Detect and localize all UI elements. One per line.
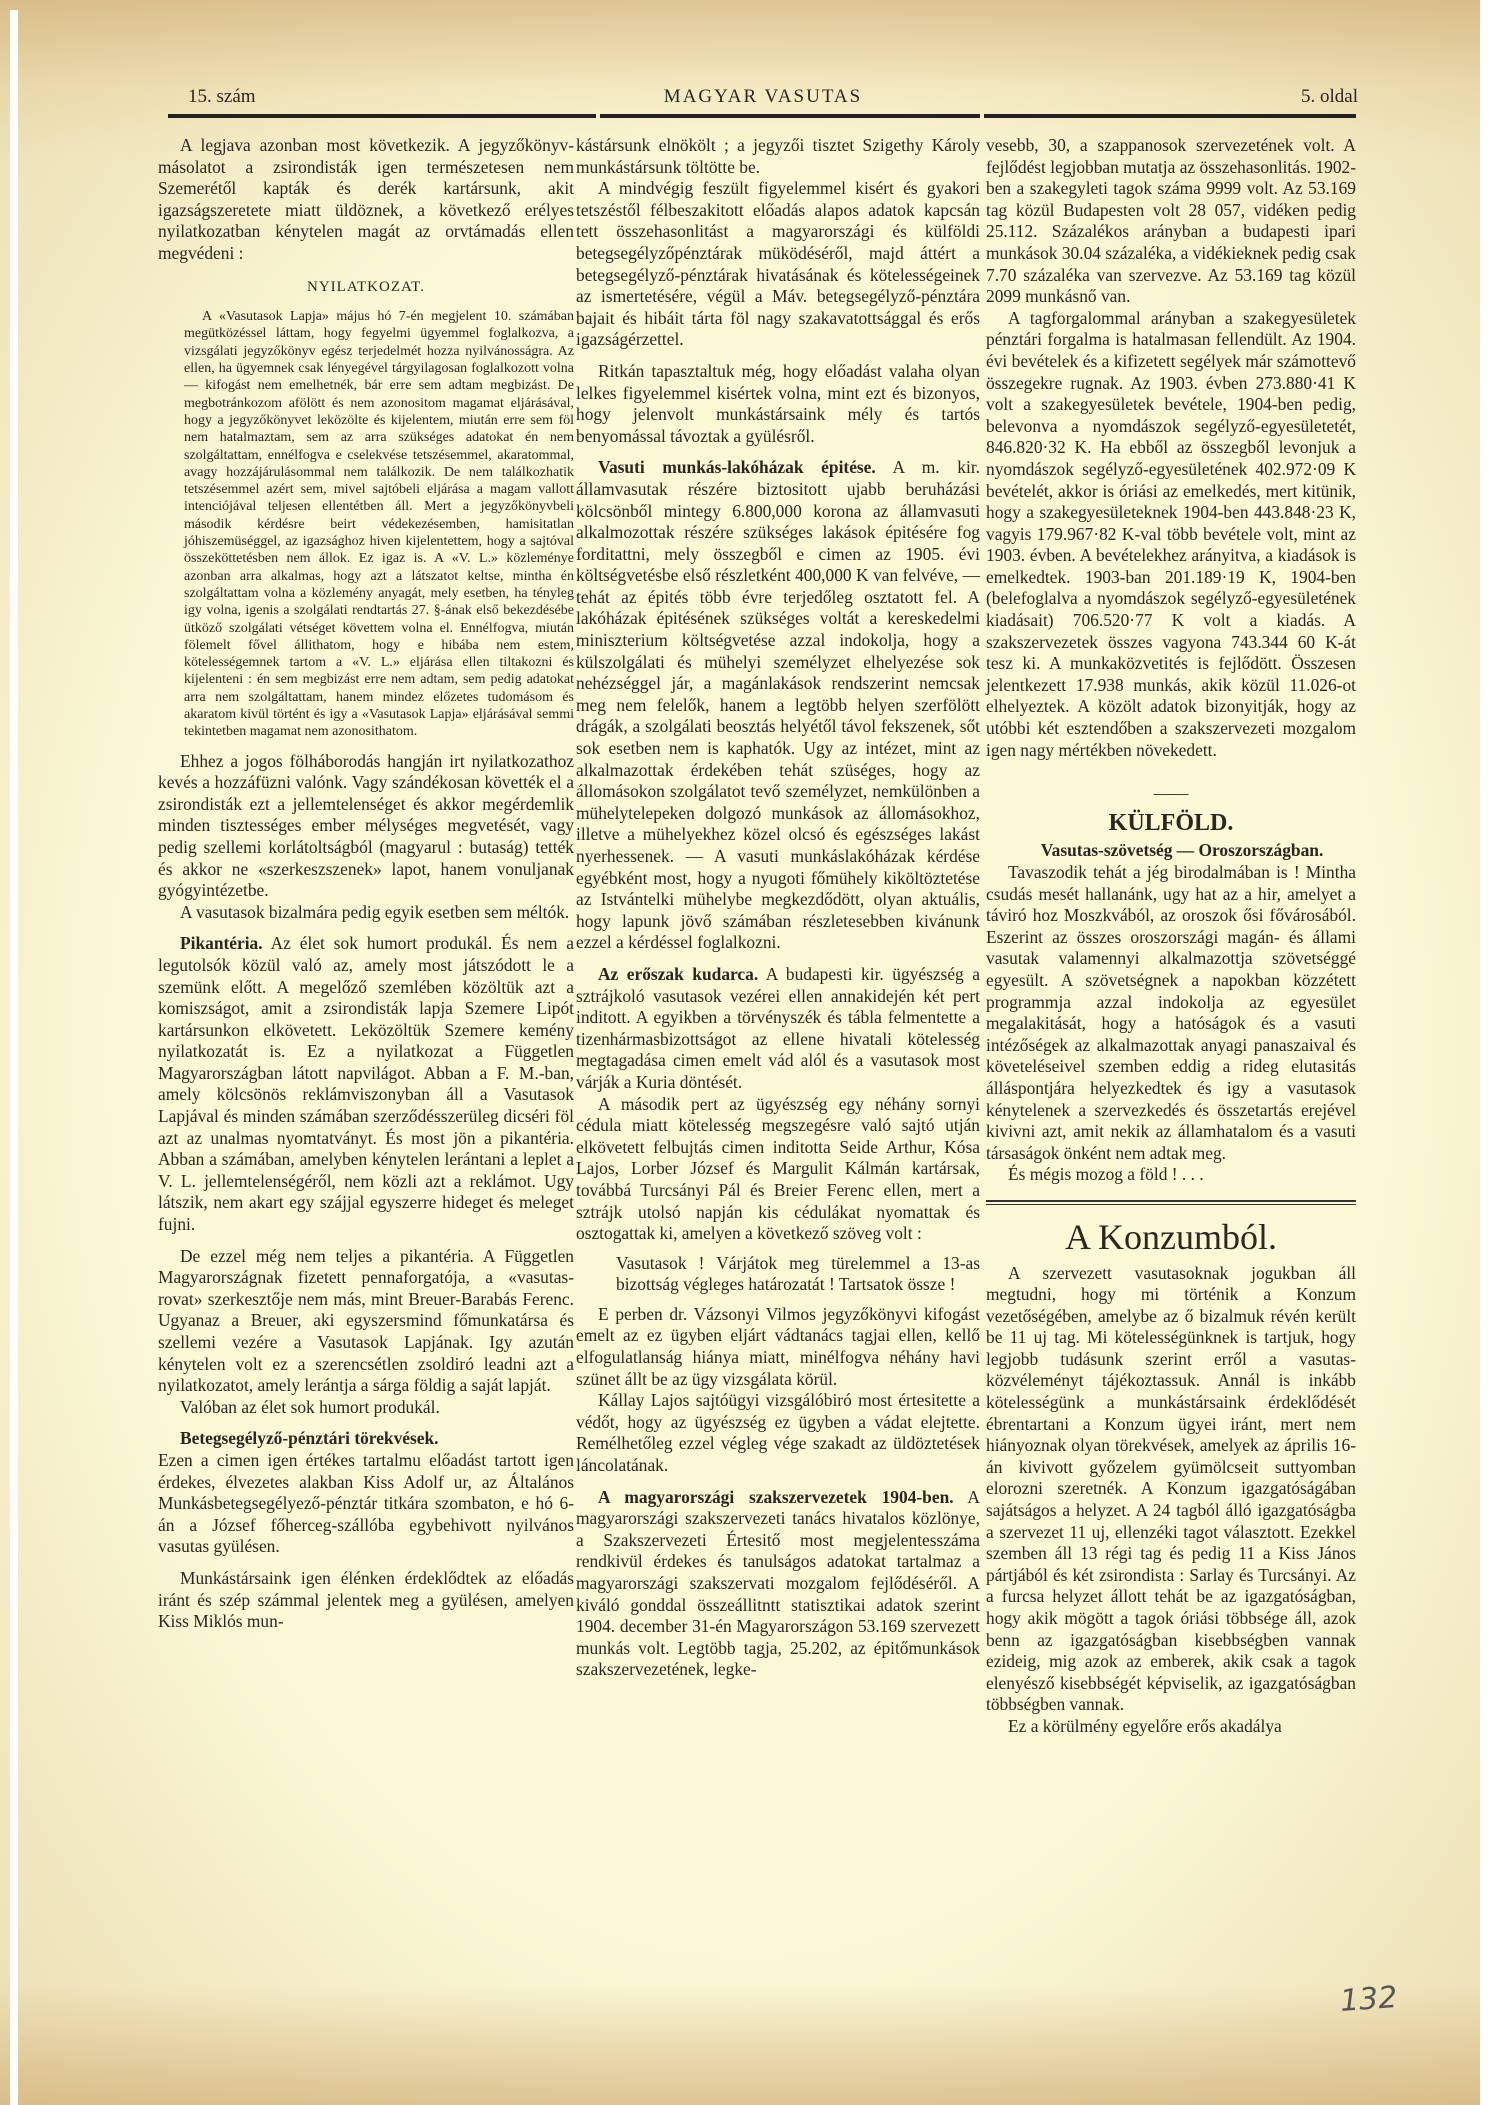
masthead-title: MAGYAR VASUTAS [168, 86, 1358, 108]
column-3: vesebb, 30, a szappanosok szervezetének … [986, 135, 1356, 1738]
paragraph: Ehhez a jogos fölháborodás hangján irt n… [158, 751, 574, 902]
header-rule-center [600, 114, 980, 118]
article-szakszervezetek: A magyarországi szakszervezetek 1904-ben… [576, 1487, 980, 1681]
article-title: Az erőszak kudarca. [598, 964, 758, 984]
newspaper-page: 15. szám MAGYAR VASUTAS 5. oldal A legja… [0, 0, 1500, 2105]
page-number: 5. oldal [1301, 86, 1358, 108]
paragraph: De ezzel még nem teljes a pikantéria. A … [158, 1246, 574, 1397]
paragraph: Tavaszodik tehát a jég birodalmában is !… [986, 862, 1356, 1164]
column-2: kástársunk elnökölt ; a jegyzői tisztet … [576, 135, 980, 1681]
section-title-kulfold: KÜLFÖLD. [986, 813, 1356, 835]
paragraph: És mégis mozog a föld ! . . . [986, 1164, 1356, 1186]
article-title-betegsegelyzo: Betegsegélyző-pénztári törekvések. [158, 1428, 574, 1450]
paragraph: E perben dr. Vázsonyi Vilmos jegyzőkönyv… [576, 1304, 980, 1390]
paragraph: Ezen a cimen igen értékes tartalmu előad… [158, 1450, 574, 1558]
article-lakohazak: Vasuti munkás-lakóházak épitése. A m. ki… [576, 457, 980, 954]
paragraph: A szervezett vasutasoknak jogukban áll m… [986, 1263, 1356, 1716]
page-edge-right [1480, 0, 1500, 2105]
paragraph: A mindvégig feszült figyelemmel kisért é… [576, 178, 980, 351]
header-rule-left [168, 114, 596, 118]
article-title-oroszorszag: Vasutas-szövetség — Oroszországban. [986, 840, 1356, 862]
section-title-konzum: A Konzumból. [986, 1227, 1356, 1249]
double-rule [986, 1200, 1356, 1205]
paragraph: Munkástársaink igen élénken érdeklődtek … [158, 1568, 574, 1633]
paragraph: Kállay Lajos sajtóügyi vizsgálóbiró most… [576, 1390, 980, 1476]
paragraph: Valóban az élet sok humort produkál. [158, 1397, 574, 1419]
page-header: 15. szám MAGYAR VASUTAS 5. oldal [168, 86, 1358, 110]
paragraph: A második pert az ügyészség egy néhány s… [576, 1094, 980, 1245]
page-edge-left [10, 10, 18, 2105]
article-title: Vasuti munkás-lakóházak épitése. [598, 457, 876, 477]
section-divider: —— [986, 783, 1356, 805]
declaration-body: A «Vasutasok Lapja» május hó 7-én megjel… [184, 308, 574, 740]
paragraph: Ritkán tapasztaltuk még, hogy előadást v… [576, 361, 980, 447]
paragraph: Ez a körülmény egyelőre erős akadálya [986, 1716, 1356, 1738]
paragraph: A legjava azonban most következik. A jeg… [158, 135, 574, 265]
paragraph: kástársunk elnökölt ; a jegyzői tisztet … [576, 135, 980, 178]
article-pikanteria: Pikantéria. Az élet sok humort produkál.… [158, 933, 574, 1235]
header-rule-right [984, 114, 1356, 118]
paragraph: A tagforgalommal arányban a szakegyesüle… [986, 308, 1356, 761]
handwritten-page-number: 132 [1339, 1980, 1399, 2019]
article-title: A magyarországi szakszervezetek 1904-ben… [598, 1487, 954, 1507]
paragraph: vesebb, 30, a szappanosok szervezetének … [986, 135, 1356, 308]
column-1: A legjava azonban most következik. A jeg… [158, 135, 574, 1633]
article-eroszak: Az erőszak kudarca. A budapesti kir. ügy… [576, 964, 980, 1094]
quoted-leaflet: Vasutasok ! Várjátok meg türelemmel a 13… [616, 1253, 980, 1296]
article-title: Pikantéria. [180, 933, 263, 953]
declaration-title: NYILATKOZAT. [158, 277, 574, 299]
paragraph: A vasutasok bizalmára pedig egyik esetbe… [158, 902, 574, 924]
declaration-paragraph: A «Vasutasok Lapja» május hó 7-én megjel… [184, 308, 574, 740]
